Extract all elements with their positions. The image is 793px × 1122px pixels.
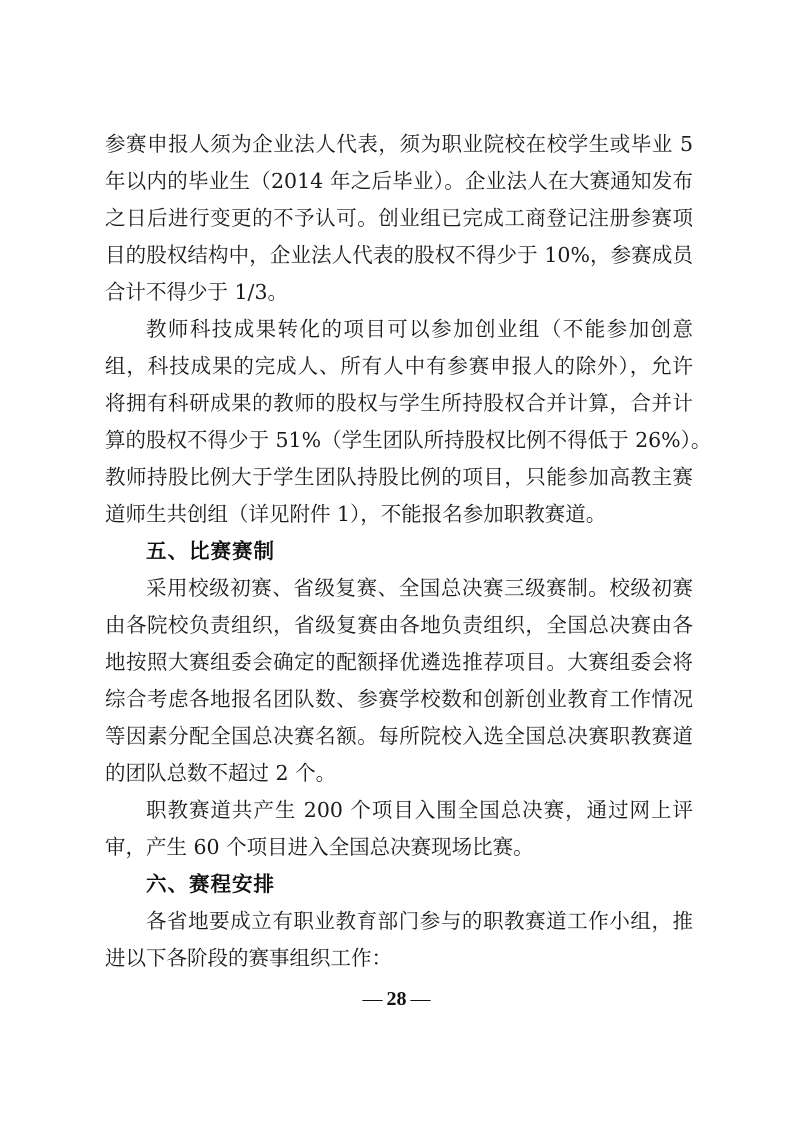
text-line: 组，科技成果的完成人、所有人中有参赛申报人的除外），允许 bbox=[105, 348, 693, 385]
paragraph-competition-format: 采用校级初赛、省级复赛、全国总决赛三级赛制。校级初赛 由各院校负责组织，省级复赛… bbox=[105, 570, 693, 792]
text-line: 综合考虑各地报名团队数、参赛学校数和创新创业教育工作情况 bbox=[105, 681, 693, 718]
paragraph-teacher-research: 教师科技成果转化的项目可以参加创业组（不能参加创意 组，科技成果的完成人、所有人… bbox=[105, 311, 693, 533]
text-line: 年以内的毕业生（2014 年之后毕业）。企业法人在大赛通知发布 bbox=[105, 163, 693, 200]
text-line: 之日后进行变更的不予认可。创业组已完成工商登记注册参赛项 bbox=[105, 200, 693, 237]
paragraph-eligibility: 参赛申报人须为企业法人代表，须为职业院校在校学生或毕业 5 年以内的毕业生（20… bbox=[105, 126, 693, 311]
text-line: 职教赛道共产生 200 个项目入围全国总决赛，通过网上评 bbox=[105, 792, 693, 829]
text-line: 审，产生 60 个项目进入全国总决赛现场比赛。 bbox=[105, 829, 693, 866]
paragraph-finalist-count: 职教赛道共产生 200 个项目入围全国总决赛，通过网上评 审，产生 60 个项目… bbox=[105, 792, 693, 866]
text-line: 算的股权不得少于 51%（学生团队所持股权比例不得低于 26%）。 bbox=[105, 422, 693, 459]
text-line: 由各院校负责组织，省级复赛由各地负责组织，全国总决赛由各 bbox=[105, 607, 693, 644]
text-line: 进以下各阶段的赛事组织工作： bbox=[105, 940, 693, 977]
text-line: 等因素分配全国总决赛名额。每所院校入选全国总决赛职教赛道 bbox=[105, 718, 693, 755]
document-page: 参赛申报人须为企业法人代表，须为职业院校在校学生或毕业 5 年以内的毕业生（20… bbox=[105, 126, 693, 977]
section-heading-schedule: 六、赛程安排 bbox=[105, 866, 693, 903]
text-line: 教师科技成果转化的项目可以参加创业组（不能参加创意 bbox=[105, 311, 693, 348]
text-line: 地按照大赛组委会确定的配额择优遴选推荐项目。大赛组委会将 bbox=[105, 644, 693, 681]
page-number: —28— bbox=[0, 988, 793, 1011]
page-number-dash-right: — bbox=[411, 988, 431, 1010]
text-line: 的团队总数不超过 2 个。 bbox=[105, 755, 693, 792]
section-heading-competition-format: 五、比赛赛制 bbox=[105, 533, 693, 570]
page-number-dash-left: — bbox=[363, 988, 383, 1010]
text-line: 合计不得少于 1/3。 bbox=[105, 274, 693, 311]
text-line: 教师持股比例大于学生团队持股比例的项目，只能参加高教主赛 bbox=[105, 459, 693, 496]
paragraph-schedule: 各省地要成立有职业教育部门参与的职教赛道工作小组，推 进以下各阶段的赛事组织工作… bbox=[105, 903, 693, 977]
text-line: 目的股权结构中，企业法人代表的股权不得少于 10%，参赛成员 bbox=[105, 237, 693, 274]
text-line: 各省地要成立有职业教育部门参与的职教赛道工作小组，推 bbox=[105, 903, 693, 940]
text-line: 道师生共创组（详见附件 1），不能报名参加职教赛道。 bbox=[105, 496, 693, 533]
text-line: 参赛申报人须为企业法人代表，须为职业院校在校学生或毕业 5 bbox=[105, 126, 693, 163]
text-line: 将拥有科研成果的教师的股权与学生所持股权合并计算，合并计 bbox=[105, 385, 693, 422]
text-line: 采用校级初赛、省级复赛、全国总决赛三级赛制。校级初赛 bbox=[105, 570, 693, 607]
page-number-value: 28 bbox=[387, 988, 407, 1010]
